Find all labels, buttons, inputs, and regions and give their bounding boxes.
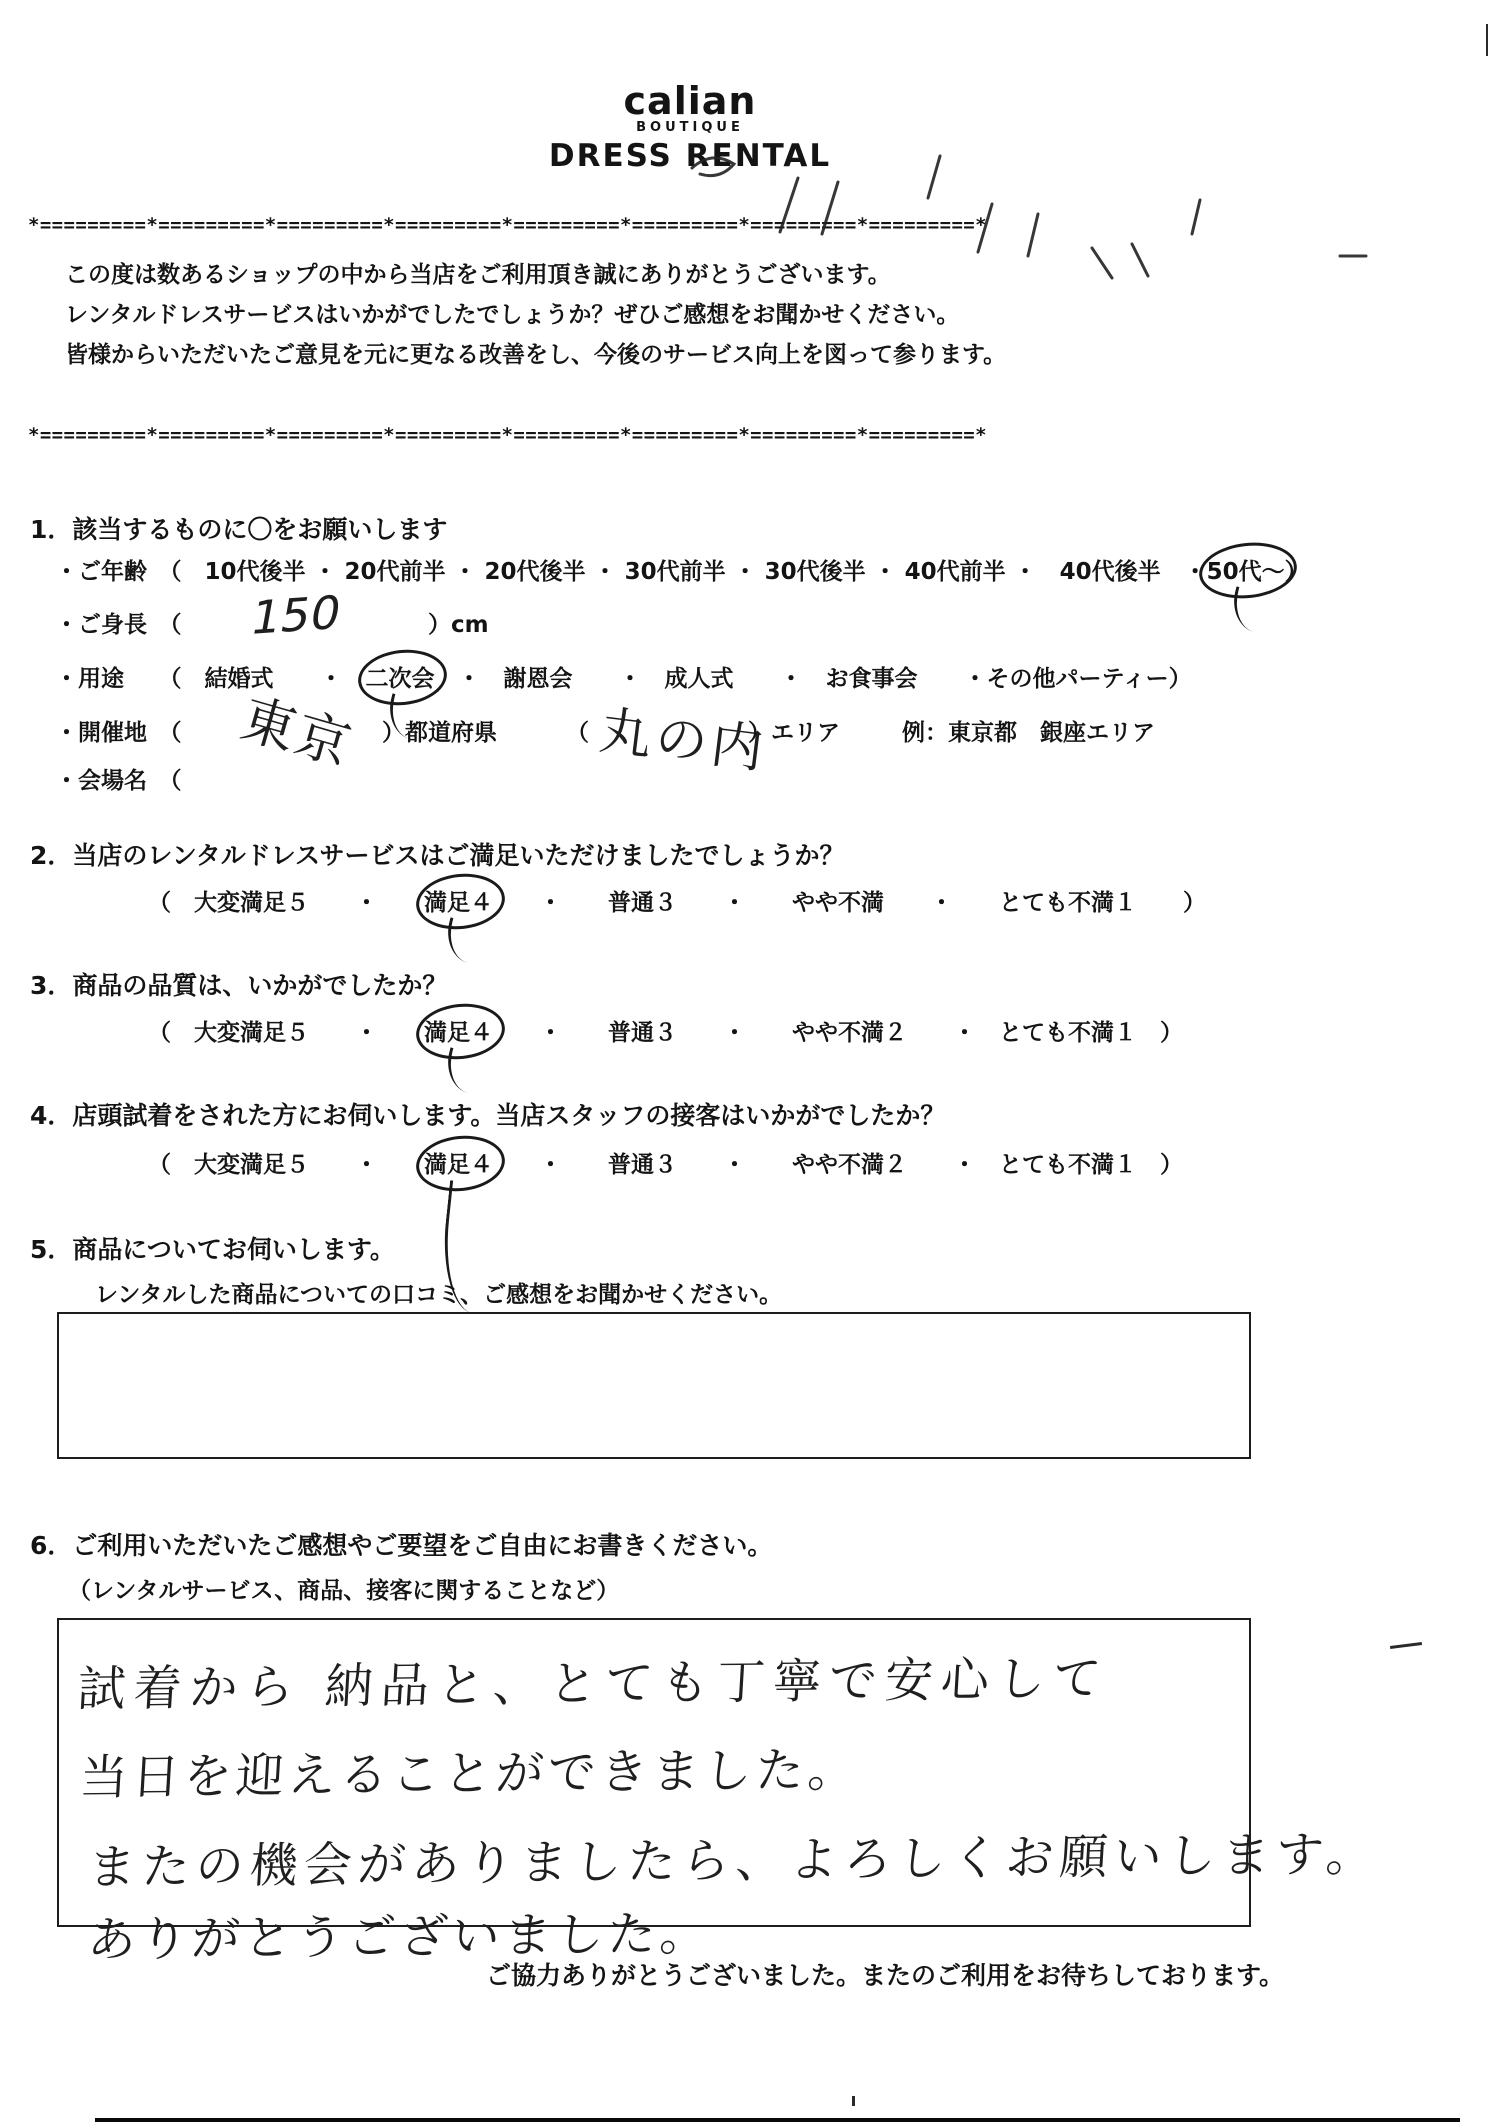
scan-artifact-dot bbox=[852, 2096, 855, 2106]
q1-age-close-paren: ） bbox=[1285, 559, 1308, 585]
q6-heading: 6．ご利用いただいたご感想やご要望をご自由にお書きください。 bbox=[30, 1526, 772, 1562]
q1-usage-circle-mark: 二次会 bbox=[366, 660, 435, 693]
q5-product-review-box bbox=[57, 1312, 1251, 1459]
q1-area-close: ）エリア bbox=[748, 714, 840, 747]
scan-edge-line bbox=[95, 2118, 1460, 2122]
q1-usage-selected: 二次会 bbox=[366, 666, 435, 692]
q6-handwritten-line-2: 当日を迎えることができました。 bbox=[78, 1731, 862, 1808]
q1-usage-options-post: ・ 謝恩会 ・ 成人式 ・ お食事会 ・その他パーティー） bbox=[435, 666, 1192, 692]
intro-line-3: 皆様からいただいたご意見を元に更なる改善をし、今後のサービス向上を図って参ります… bbox=[65, 336, 1006, 369]
q2-rating-circle-mark: 満足４ bbox=[424, 884, 493, 917]
divider-bottom: *=========*=========*=========*=========… bbox=[28, 424, 1028, 446]
q6-subtext: （レンタルサービス、商品、接客に関することなど） bbox=[68, 1572, 619, 1605]
intro-line-1: この度は数あるショップの中から当店をご利用頂き誠にありがとうございます。 bbox=[65, 256, 891, 289]
q2-options-pre: （ 大変満足５ ・ bbox=[148, 890, 424, 916]
scan-artifact-tick bbox=[1486, 24, 1488, 56]
q6-handwritten-line-3: またの機会がありましたら、よろしくお願いします。 bbox=[86, 1815, 1382, 1898]
q1-place-example: 例：東京都 銀座エリア bbox=[902, 714, 1155, 747]
q2-rating-selected: 満足４ bbox=[424, 890, 493, 916]
q2-rating-row: （ 大変満足５ ・ 満足４ ・ 普通３ ・ やや不満 ・ とても不満１ ） bbox=[148, 884, 1206, 917]
q1-place-label: ・開催地 （ bbox=[55, 714, 182, 747]
q6-handwritten-line-1: 試着から 納品と、とても丁寧で安心して bbox=[76, 1640, 1111, 1720]
footer-thanks: ご協力ありがとうございました。またのご利用をお待ちしております。 bbox=[486, 1956, 1284, 1992]
scanned-survey-page: calian BOUTIQUE DRESS RENTAL *=========*… bbox=[0, 0, 1500, 2127]
q4-rating-circle-mark: 満足４ bbox=[424, 1146, 493, 1179]
intro-line-2: レンタルドレスサービスはいかがでしたでしょうか？ぜひご感想をお聞かせください。 bbox=[65, 296, 959, 329]
q1-age-row: ・ご年齢 （ 10代後半 ・ 20代前半 ・ 20代後半 ・ 30代前半 ・ 3… bbox=[55, 553, 1308, 586]
q3-heading: 3．商品の品質は、いかがでしたか？ bbox=[30, 966, 447, 1002]
q1-area-handwritten-value: 丸の内 bbox=[596, 688, 772, 783]
q1-venue-label: ・会場名 （ bbox=[55, 762, 182, 795]
q4-options-post: ・ 普通３ ・ やや不満２ ・ とても不満１ ） bbox=[493, 1152, 1183, 1178]
q4-rating-selected: 満足４ bbox=[424, 1152, 493, 1178]
q1-area-open-paren: （ bbox=[566, 714, 589, 747]
q1-age-circle-mark: 50代～ bbox=[1207, 553, 1285, 586]
q1-height-label: ・ご身長 （ bbox=[55, 606, 182, 639]
q3-rating-row: （ 大変満足５ ・ 満足４ ・ 普通３ ・ やや不満２ ・ とても不満１ ） bbox=[148, 1014, 1183, 1047]
q3-options-post: ・ 普通３ ・ やや不満２ ・ とても不満１ ） bbox=[493, 1020, 1183, 1046]
q1-usage-options-pre: ・用途 （ 結婚式 ・ bbox=[55, 666, 366, 692]
q4-options-pre: （ 大変満足５ ・ bbox=[148, 1152, 424, 1178]
q3-rating-circle-mark: 満足４ bbox=[424, 1014, 493, 1047]
q1-height-handwritten-value: 150 bbox=[247, 585, 346, 645]
q1-height-close: ）cm bbox=[428, 606, 489, 639]
q1-place-mid: ）都道府県 bbox=[382, 714, 497, 747]
pen-dash-mark bbox=[1390, 1642, 1422, 1649]
q1-heading: 1．該当するものに〇をお願いします bbox=[30, 510, 447, 546]
q3-rating-selected: 満足４ bbox=[424, 1020, 493, 1046]
q4-rating-row: （ 大変満足５ ・ 満足４ ・ 普通３ ・ やや不満２ ・ とても不満１ ） bbox=[148, 1146, 1183, 1179]
q2-options-post: ・ 普通３ ・ やや不満 ・ とても不満１ ） bbox=[493, 890, 1206, 916]
q1-usage-row: ・用途 （ 結婚式 ・ 二次会 ・ 謝恩会 ・ 成人式 ・ お食事会 ・その他パ… bbox=[55, 660, 1192, 693]
brand-sub-label: BOUTIQUE bbox=[470, 120, 910, 135]
q3-options-pre: （ 大変満足５ ・ bbox=[148, 1020, 424, 1046]
q2-heading: 2．当店のレンタルドレスサービスはご満足いただけましたでしょうか？ bbox=[30, 836, 845, 872]
q5-heading: 5．商品についてお伺いします。 bbox=[30, 1230, 395, 1266]
q1-age-selected: 50代～ bbox=[1207, 559, 1285, 585]
q1-age-options: ・ご年齢 （ 10代後半 ・ 20代前半 ・ 20代後半 ・ 30代前半 ・ 3… bbox=[55, 559, 1207, 585]
q5-subtext: レンタルした商品についての口コミ、ご感想をお聞かせください。 bbox=[95, 1276, 782, 1309]
brand-logo: calian bbox=[470, 82, 910, 120]
q4-heading: 4．店頭試着をされた方にお伺いします。当店スタッフの接客はいかがでしたか？ bbox=[30, 1096, 945, 1132]
